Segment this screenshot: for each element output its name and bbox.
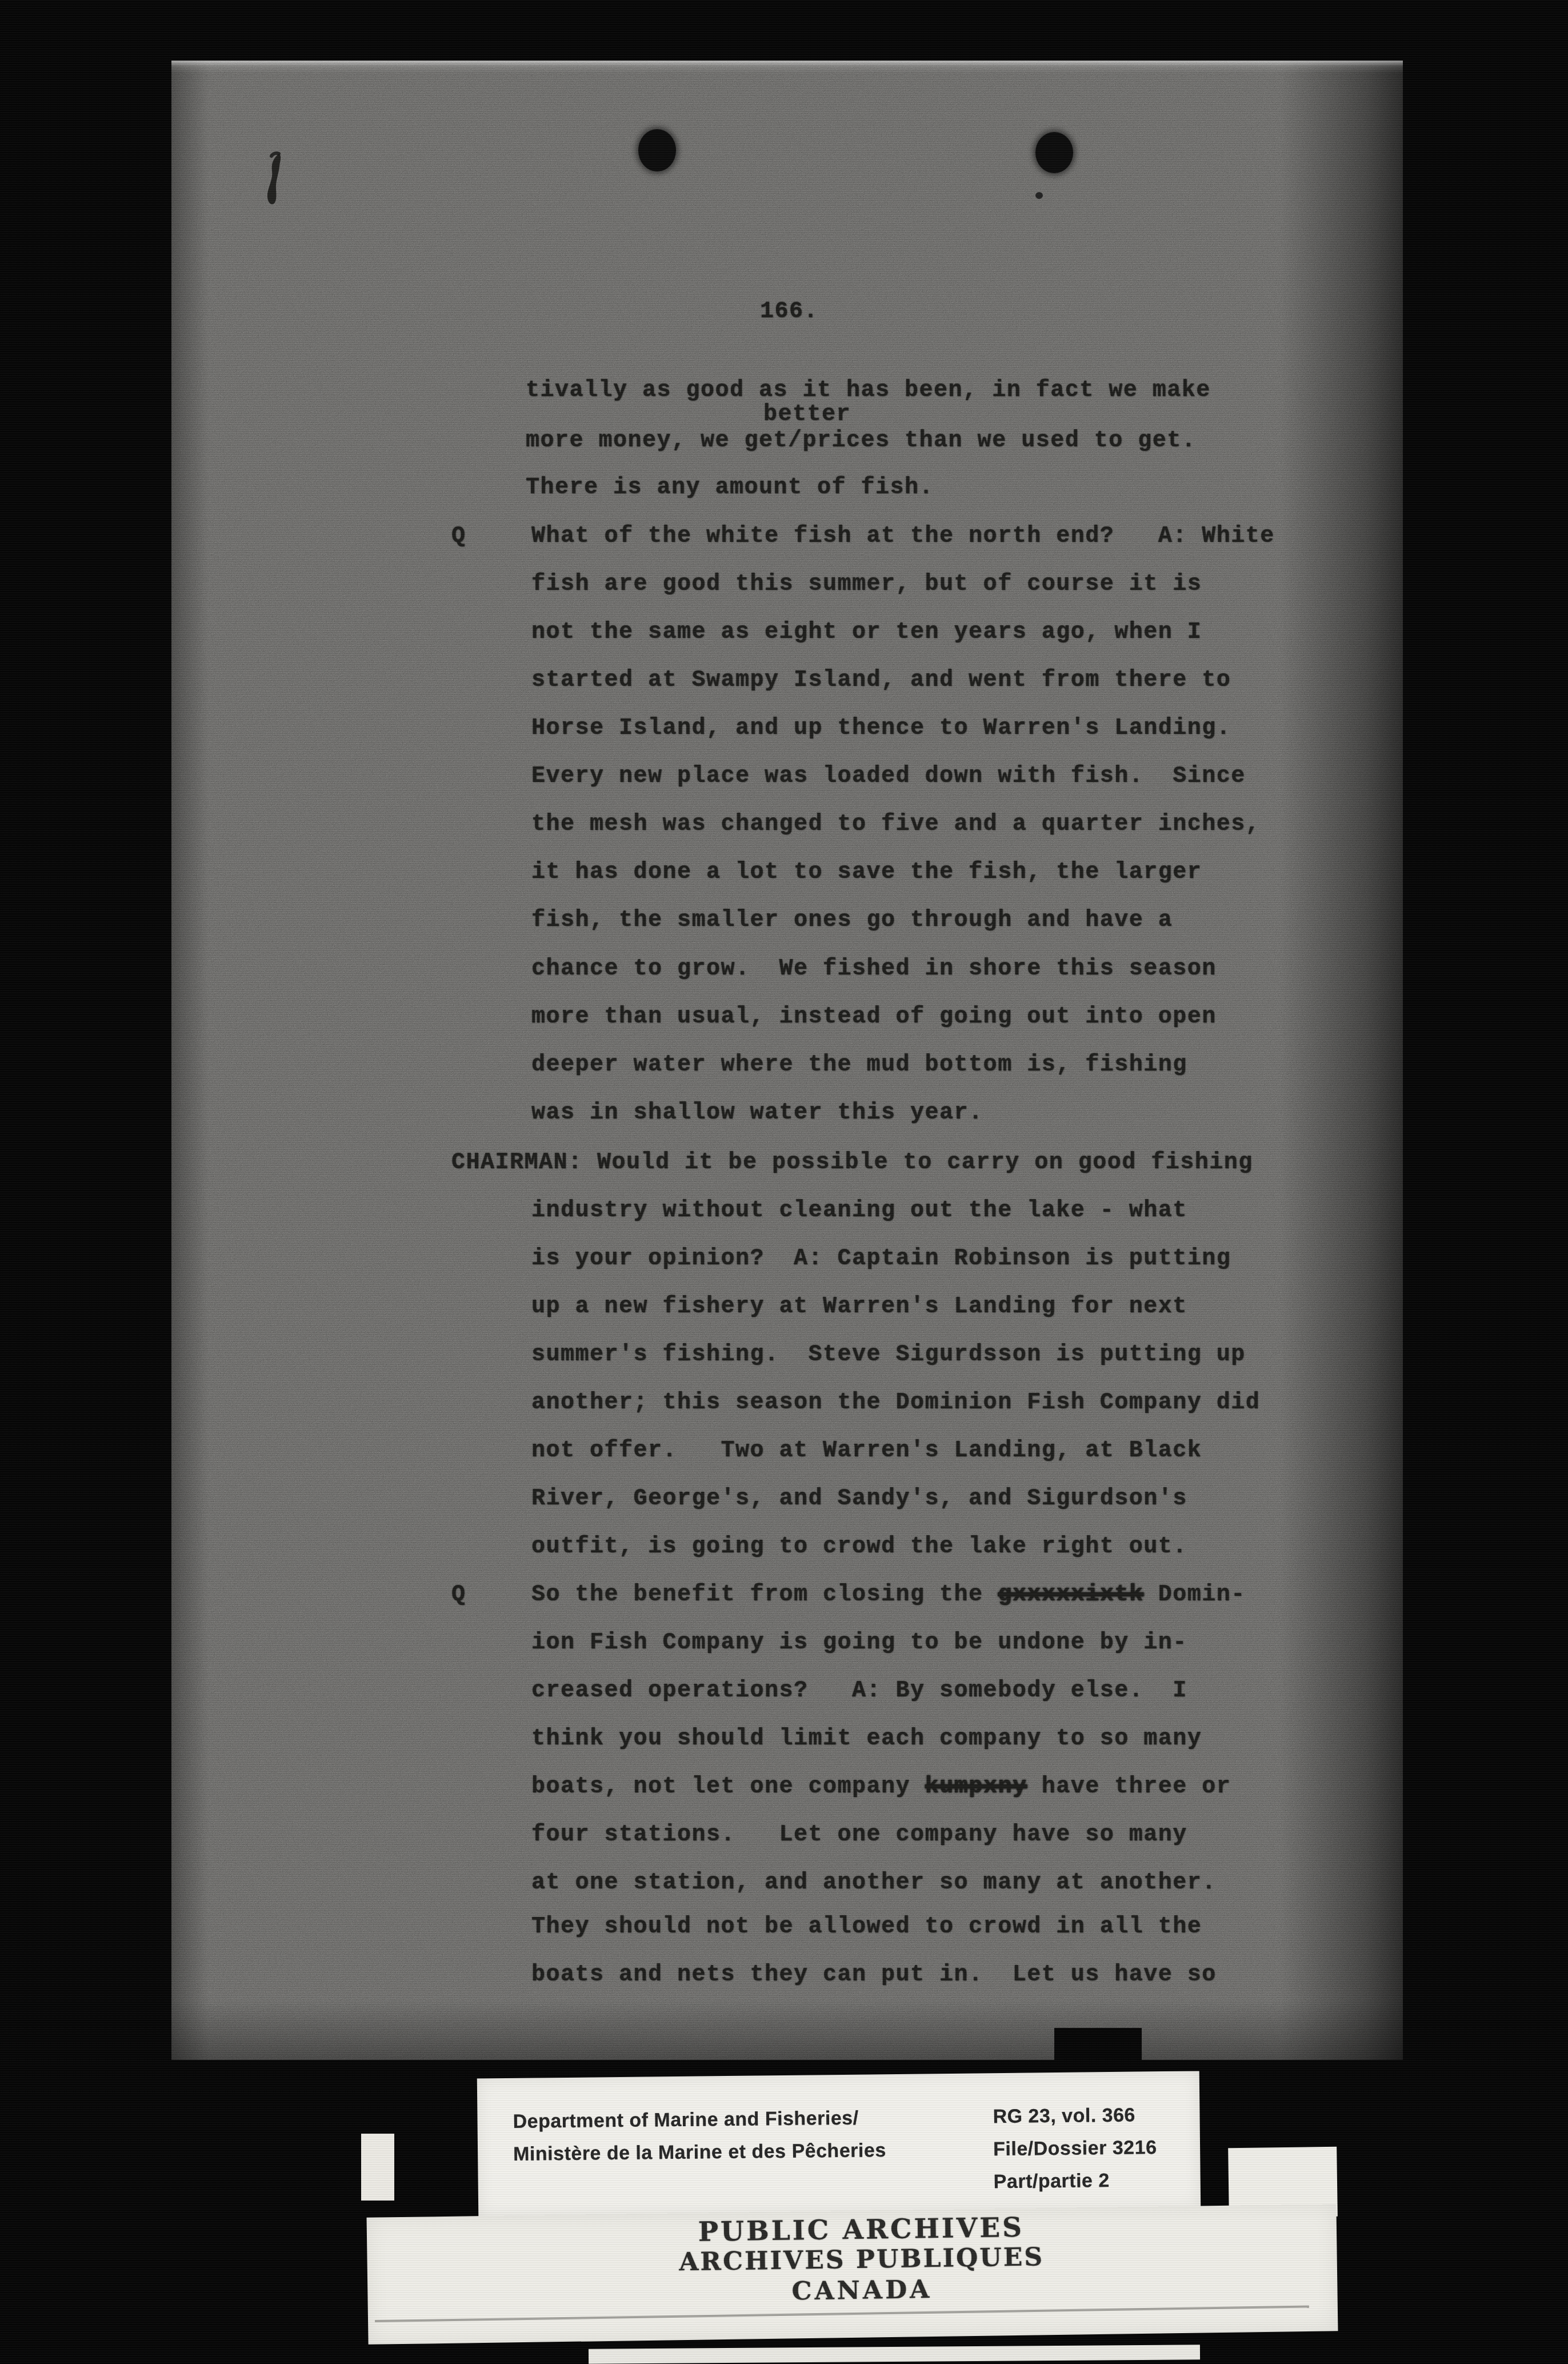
typewritten-line: more money, we get/prices than we used t… xyxy=(526,429,1196,454)
typewritten-text: fish are good this summer, but of course… xyxy=(531,572,1202,597)
typewritten-line: not offer. Two at Warren's Landing, at B… xyxy=(531,1439,1202,1464)
typewritten-text: River, George's, and Sandy's, and Sigurd… xyxy=(531,1486,1187,1512)
typewritten-line: more than usual, instead of going out in… xyxy=(531,1005,1217,1030)
typewritten-text: tivally as good as it has been, in fact … xyxy=(526,378,1211,404)
bottom-paper-sliver xyxy=(589,2345,1200,2363)
typewritten-text: up a new fishery at Warren's Landing for… xyxy=(531,1294,1187,1320)
typewritten-line: boats and nets they can put in. Let us h… xyxy=(531,1963,1217,1988)
department-name-fr: Ministère de la Marine et des Pêcheries xyxy=(513,2134,886,2171)
typewritten-line: What of the white fish at the north end?… xyxy=(531,524,1275,549)
typewritten-text: boats, not let one company xyxy=(531,1774,925,1800)
typewritten-line: fish are good this summer, but of course… xyxy=(531,572,1202,597)
typewritten-line: up a new fishery at Warren's Landing for… xyxy=(531,1295,1187,1320)
provenance-reference-label: RG 23, vol. 366 File/Dossier 3216 Part/p… xyxy=(993,2099,1157,2198)
typewritten-text: Q xyxy=(451,1582,466,1608)
typewritten-text: not the same as eight or ten years ago, … xyxy=(531,620,1202,645)
typewritten-text: Horse Island, and up thence to Warren's … xyxy=(531,716,1231,741)
typewritten-line: Q xyxy=(451,524,466,549)
typewritten-text: better xyxy=(763,402,851,428)
typewritten-line: Every new place was loaded down with fis… xyxy=(531,764,1246,789)
typewritten-line: tivally as good as it has been, in fact … xyxy=(526,378,1211,404)
struck-out-word: kumpxny xyxy=(925,1774,1027,1800)
typewritten-text: industry without cleaning out the lake -… xyxy=(531,1198,1187,1224)
scanned-document-canvas: 166.tivally as good as it has been, in f… xyxy=(0,0,1568,2364)
typewritten-text: What of the white fish at the north end?… xyxy=(531,524,1275,549)
department-name-en: Department of Marine and Fisheries/ xyxy=(513,2102,886,2138)
typewritten-line: think you should limit each company to s… xyxy=(531,1727,1202,1752)
typewritten-text: Every new place was loaded down with fis… xyxy=(531,764,1246,789)
typewritten-text: more money, we get/prices than we used t… xyxy=(526,428,1196,454)
typewritten-line: summer's fishing. Steve Sigurdsson is pu… xyxy=(531,1343,1246,1368)
typewritten-text: They should not be allowed to crowd in a… xyxy=(531,1914,1202,1940)
typewritten-text: CHAIRMAN: Would it be possible to carry … xyxy=(451,1150,1253,1176)
typewritten-text: it has done a lot to save the fish, the … xyxy=(531,860,1202,885)
typewritten-text: more than usual, instead of going out in… xyxy=(531,1004,1217,1030)
typewritten-line: fish, the smaller ones go through and ha… xyxy=(531,908,1173,933)
typewritten-line: boats, not let one company kumpxny have … xyxy=(531,1775,1231,1800)
typewritten-line: Q xyxy=(451,1583,466,1608)
typewritten-text: chance to grow. We fished in shore this … xyxy=(531,956,1217,982)
typewritten-text: at one station, and another so many at a… xyxy=(531,1870,1217,1896)
typewritten-text: have three or xyxy=(1027,1774,1231,1800)
typewritten-text: boats and nets they can put in. Let us h… xyxy=(531,1962,1217,1988)
handwritten-mark xyxy=(251,146,303,214)
typewritten-line: industry without cleaning out the lake -… xyxy=(531,1199,1187,1224)
typewritten-text: Domin- xyxy=(1143,1582,1246,1608)
typewritten-line: at one station, and another so many at a… xyxy=(531,1871,1217,1896)
typewritten-line: 166. xyxy=(760,300,818,325)
typewritten-text: summer's fishing. Steve Sigurdsson is pu… xyxy=(531,1342,1246,1368)
typewritten-text: outfit, is going to crowd the lake right… xyxy=(531,1534,1187,1560)
page-bottom-notch xyxy=(1054,2028,1142,2062)
typewritten-text: four stations. Let one company have so m… xyxy=(531,1822,1187,1848)
ink-speck xyxy=(1035,192,1043,199)
typewritten-text: the mesh was changed to five and a quart… xyxy=(531,812,1260,837)
typewritten-text: deeper water where the mud bottom is, fi… xyxy=(531,1052,1187,1078)
typewritten-line: better xyxy=(763,402,851,428)
stamp-horizontal-rule xyxy=(375,2305,1309,2322)
typewritten-line: the mesh was changed to five and a quart… xyxy=(531,812,1260,837)
typewritten-text: Q xyxy=(451,524,466,549)
public-archives-stamp: PUBLIC ARCHIVES ARCHIVES PUBLIQUES CANAD… xyxy=(367,2204,1338,2345)
stamp-paper-fragment-left xyxy=(361,2134,394,2201)
typewritten-line: River, George's, and Sandy's, and Sigurd… xyxy=(531,1487,1187,1512)
typewritten-line: is your opinion? A: Captain Robinson is … xyxy=(531,1247,1231,1272)
typewritten-line: chance to grow. We fished in shore this … xyxy=(531,957,1217,982)
typewritten-text: So the benefit from closing the xyxy=(531,1582,998,1608)
typewritten-text: is your opinion? A: Captain Robinson is … xyxy=(531,1246,1231,1272)
typewritten-line: So the benefit from closing the gxxxxxix… xyxy=(531,1583,1246,1608)
typewritten-line: started at Swampy Island, and went from … xyxy=(531,668,1231,693)
public-archives-stamp-text: PUBLIC ARCHIVES ARCHIVES PUBLIQUES CANAD… xyxy=(561,2211,1162,2311)
typewritten-line: another; this season the Dominion Fish C… xyxy=(531,1391,1260,1416)
typewritten-line: ion Fish Company is going to be undone b… xyxy=(531,1631,1187,1656)
typewritten-line: was in shallow water this year. xyxy=(531,1101,983,1126)
reference-volume: RG 23, vol. 366 xyxy=(993,2099,1157,2133)
punch-hole-left xyxy=(638,129,676,171)
typewritten-line: outfit, is going to crowd the lake right… xyxy=(531,1535,1187,1560)
typewritten-line: They should not be allowed to crowd in a… xyxy=(531,1915,1202,1940)
typewritten-text: ion Fish Company is going to be undone b… xyxy=(531,1630,1187,1656)
typewritten-line: Horse Island, and up thence to Warren's … xyxy=(531,716,1231,741)
struck-out-word: gxxxxxixtk xyxy=(998,1582,1143,1608)
typewritten-text: another; this season the Dominion Fish C… xyxy=(531,1390,1260,1416)
typewritten-text: 166. xyxy=(760,299,818,325)
typewritten-text: think you should limit each company to s… xyxy=(531,1726,1202,1752)
typewritten-text: fish, the smaller ones go through and ha… xyxy=(531,908,1173,933)
typewritten-line: it has done a lot to save the fish, the … xyxy=(531,860,1202,885)
provenance-department-label: Department of Marine and Fisheries/ Mini… xyxy=(513,2102,886,2171)
typewritten-text: was in shallow water this year. xyxy=(531,1100,983,1126)
typewritten-text: creased operations? A: By somebody else.… xyxy=(531,1678,1187,1704)
punch-hole-right xyxy=(1035,132,1073,173)
typewritten-line: deeper water where the mud bottom is, fi… xyxy=(531,1053,1187,1078)
typewritten-line: not the same as eight or ten years ago, … xyxy=(531,620,1202,645)
typewritten-line: There is any amount of fish. xyxy=(526,476,934,501)
typewritten-text: started at Swampy Island, and went from … xyxy=(531,668,1231,693)
typewritten-line: CHAIRMAN: Would it be possible to carry … xyxy=(451,1151,1253,1176)
provenance-stamp: Department of Marine and Fisheries/ Mini… xyxy=(477,2071,1201,2217)
reference-file: File/Dossier 3216 xyxy=(993,2131,1157,2166)
typewritten-line: four stations. Let one company have so m… xyxy=(531,1823,1187,1848)
typewritten-text: There is any amount of fish. xyxy=(526,475,934,501)
typewritten-text: not offer. Two at Warren's Landing, at B… xyxy=(531,1438,1202,1464)
typewritten-line: creased operations? A: By somebody else.… xyxy=(531,1679,1187,1704)
reference-part: Part/partie 2 xyxy=(993,2164,1157,2198)
